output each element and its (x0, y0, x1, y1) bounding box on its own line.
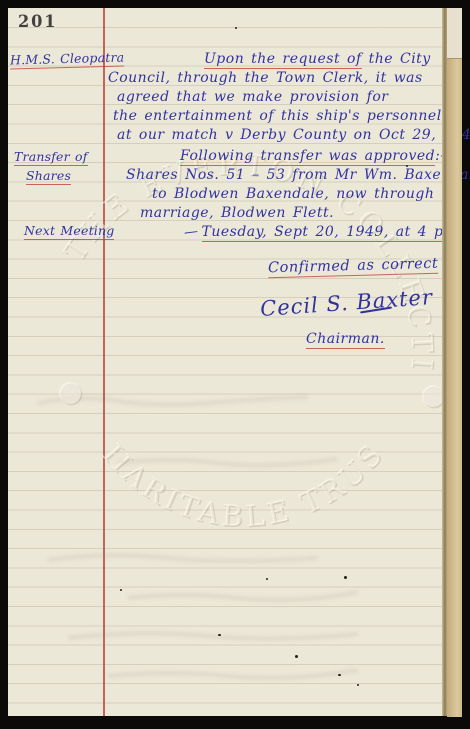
minutes-line: Council, through the Town Clerk, it was (108, 69, 423, 87)
ink-speck (295, 655, 298, 658)
minutes-line: Shares Nos. 51 – 53 from Mr Wm. Baxendal… (126, 166, 470, 184)
margin-note-shares: Shares (26, 167, 71, 185)
minutes-line: at our match v Derby County on Oct 29, 1… (117, 126, 470, 144)
line-text: the City (362, 51, 431, 67)
minutes-line: Upon the request of the City (204, 50, 431, 68)
margin-note-next-meeting: Next Meeting (24, 222, 114, 240)
scanned-minute-book-photo: { "page_number": "201", "margin_notes": … (0, 0, 470, 729)
page-edge-stack (447, 58, 462, 717)
ink-speck (235, 27, 237, 29)
ink-speck (357, 684, 359, 686)
red-margin-line (103, 8, 105, 716)
page-number: 201 (18, 12, 57, 32)
minutes-line: marriage, Blodwen Flett. (140, 204, 334, 222)
margin-note-text: H.M.S. Cleopatra (10, 50, 125, 69)
flourish-dash: — (183, 222, 200, 242)
underlined-phrase: Chairman. (306, 331, 385, 349)
minutes-line-next-meeting-date: —Tuesday, Sept 20, 1949, at 4 pm (184, 223, 457, 241)
underlined-phrase: Following transfer was approved (180, 148, 435, 166)
margin-note-text: Next Meeting (24, 223, 114, 240)
margin-note-hms-cleopatra: H.M.S. Cleopatra (10, 49, 125, 70)
margin-note-text: Shares (26, 168, 71, 185)
minutes-line: the entertainment of this ship's personn… (113, 107, 442, 125)
ink-speck (120, 589, 122, 591)
ink-speck (218, 634, 221, 636)
minutes-line: to Blodwen Baxendale, now through (152, 185, 434, 203)
underlined-phrase: Tuesday, Sept 20, 1949, at 4 pm (202, 224, 458, 242)
confirmation-line: Confirmed as correct (268, 255, 439, 277)
ink-speck (344, 576, 347, 579)
underlined-phrase: Upon the request of (204, 51, 362, 69)
minutes-line: Following transfer was approved:— (180, 147, 455, 165)
ledger-page: THE EVERTON COLLECTION THE EVERTON COLLE… (8, 8, 442, 716)
chairman-title: Chairman. (306, 330, 385, 348)
ink-speck (406, 165, 408, 167)
minutes-line: agreed that we make provision for (117, 88, 388, 106)
ink-speck (338, 674, 341, 676)
ink-speck (266, 578, 268, 580)
margin-note-text: Transfer of (14, 149, 88, 166)
margin-note-transfer-of-shares: Transfer of (14, 148, 88, 166)
page-edge-top (447, 8, 462, 58)
